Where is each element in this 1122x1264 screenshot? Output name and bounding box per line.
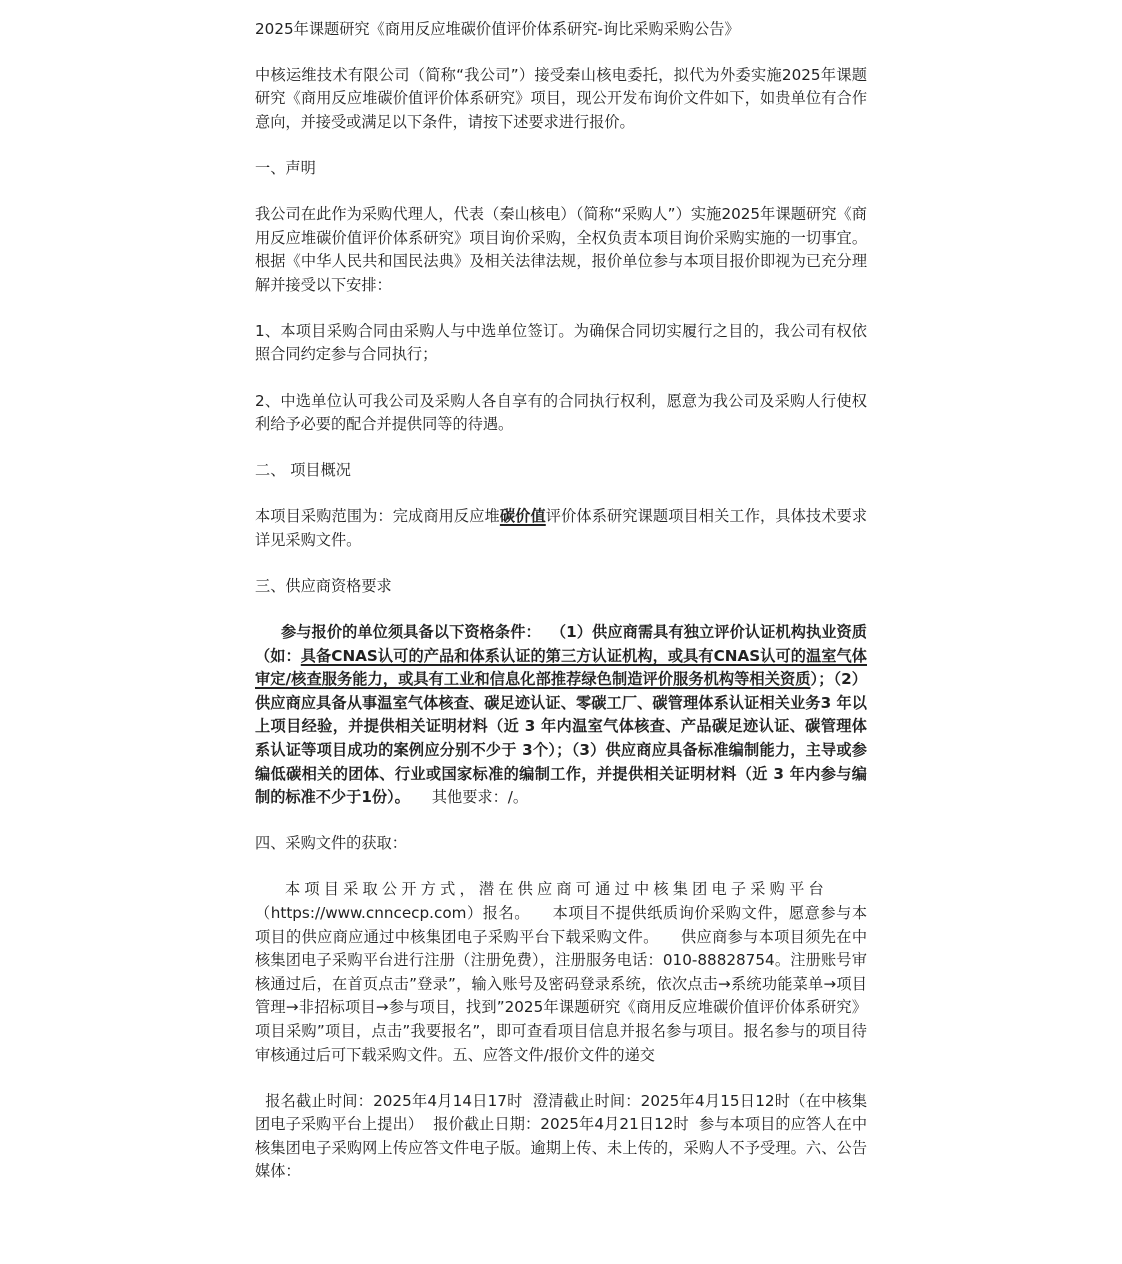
section-heading-overview: 二、 项目概况 <box>255 459 867 483</box>
deadlines-paragraph: 报名截止时间：2025年4月14日17时澄清截止时间：2025年4月15日12时… <box>255 1090 867 1184</box>
carbon-value-highlight: 碳价值 <box>500 507 546 525</box>
requirements-lead: 参与报价的单位须具备以下资格条件： <box>281 623 541 641</box>
registration-instructions: 供应商参与本项目须先在中核集团电子采购平台进行注册（注册免费），注册服务电话：0… <box>255 928 867 1064</box>
declaration-item-2: 2、中选单位认可我公司及采购人各自享有的合同执行权利，愿意为我公司及采购人行使权… <box>255 390 867 437</box>
section-heading-qualifications: 三、供应商资格要求 <box>255 575 867 599</box>
section-heading-obtain-documents: 四、采购文件的获取： <box>255 832 867 856</box>
overview-prefix: 本项目采购范围为：完成商用反应堆 <box>255 507 500 525</box>
requirement-1-qualifications: 具备CNAS认可的产品和体系认证的第三方认证机构，或具有CNAS认可的温室气体审… <box>255 647 867 689</box>
intro-paragraph: 中核运维技术有限公司（简称“我公司”）接受秦山核电委托，拟代为外委实施2025年… <box>255 64 867 135</box>
section-heading-submission: 五、应答文件/报价文件的递交 <box>452 1046 655 1064</box>
overview-paragraph: 本项目采购范围为：完成商用反应堆碳价值评价体系研究课题项目相关工作，具体技术要求… <box>255 505 867 552</box>
platform-url[interactable]: （https://www.cnncecp.com）报名。 <box>255 904 530 922</box>
public-method-text: 本项目采取公开方式，潜在供应商可通过中核集团电子采购平台 <box>255 878 828 902</box>
section-heading-declaration: 一、声明 <box>255 157 867 181</box>
declaration-paragraph: 我公司在此作为采购代理人，代表（秦山核电）（简称“采购人”）实施2025年课题研… <box>255 203 867 297</box>
announcement-document: 2025年课题研究《商用反应堆碳价值评价体系研究-询比采购采购公告》 中核运维技… <box>255 18 867 1207</box>
document-title: 2025年课题研究《商用反应堆碳价值评价体系研究-询比采购采购公告》 <box>255 18 867 42</box>
quote-deadline: 报价截止日期：2025年4月21日12时 <box>433 1115 689 1133</box>
requirement-1-suffix: ）； <box>811 670 834 688</box>
qualification-requirements: 参与报价的单位须具备以下资格条件：（1）供应商需具有独立评价认证机构执业资质（如… <box>255 621 867 810</box>
signup-deadline: 报名截止时间：2025年4月14日17时 <box>265 1092 523 1110</box>
declaration-item-1: 1、本项目采购合同由采购人与中选单位签订。为确保合同切实履行之目的，我公司有权依… <box>255 320 867 367</box>
other-requirements: 其他要求：/。 <box>432 788 528 806</box>
obtain-documents-paragraph: 本项目采取公开方式，潜在供应商可通过中核集团电子采购平台（https://www… <box>255 878 867 1067</box>
